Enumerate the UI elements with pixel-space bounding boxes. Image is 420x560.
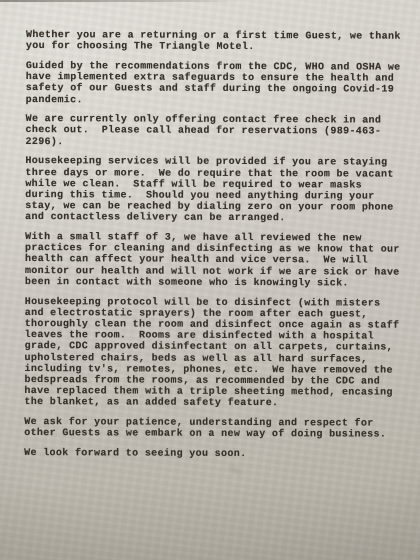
letter-paragraph-patience: We ask for your patience, understanding …: [24, 417, 412, 441]
letter-paragraph-welcome: Whether you are a returning or a first t…: [26, 30, 414, 54]
letter-paragraph-housekeeping: Housekeeping services will be provided i…: [25, 156, 413, 225]
letter-paragraph-checkin-phone: We are currently only offering contact f…: [25, 114, 413, 149]
letter-paragraph-disinfect-protocol: Housekeeping protocol will be to disinfe…: [24, 297, 412, 411]
letter-body: Whether you are a returning or a first t…: [24, 30, 414, 461]
photo-of-letter: Whether you are a returning or a first t…: [0, 0, 420, 560]
letter-paragraph-closing: We look forward to seeing you soon.: [24, 448, 412, 461]
letter-paragraph-staff-health: With a small staff of 3, we have all rev…: [25, 232, 413, 290]
letter-paragraph-guidelines: Guided by the recommendations from the C…: [26, 61, 414, 108]
photo-top-edge-shadow: [0, 0, 244, 2]
